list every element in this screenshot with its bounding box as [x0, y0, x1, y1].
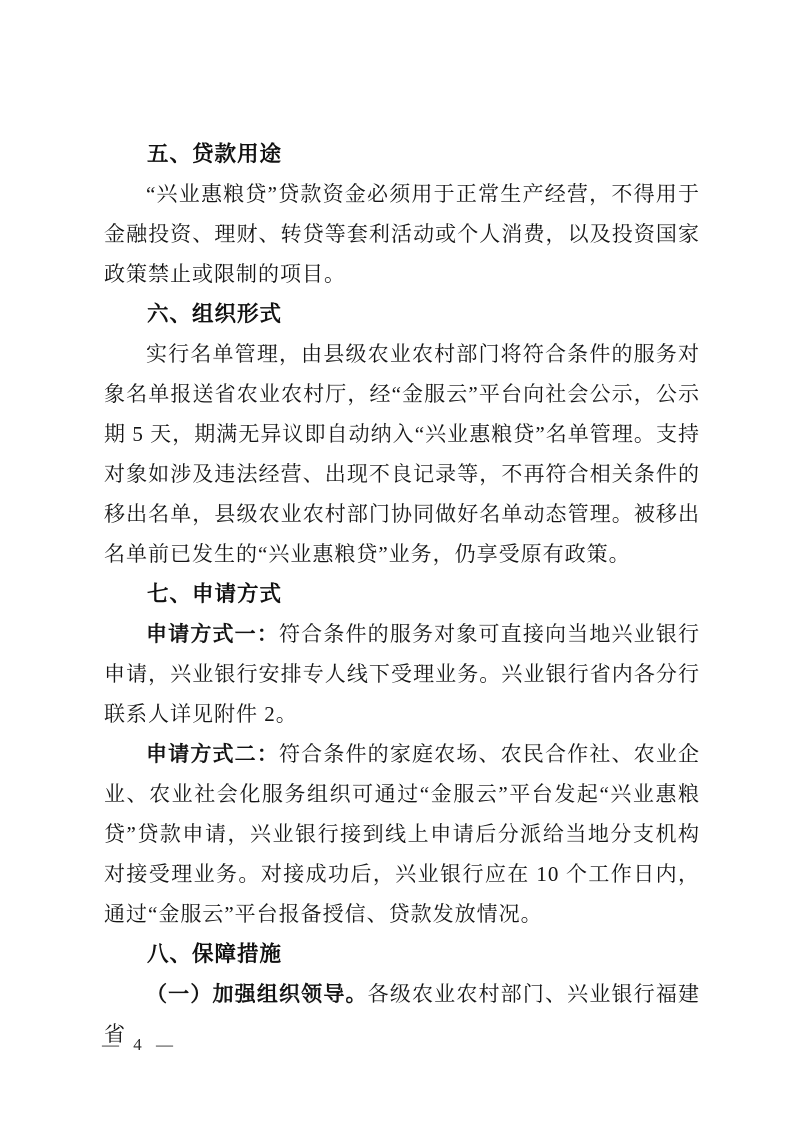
- paragraph: 实行名单管理，由县级农业农村部门将符合条件的服务对象名单报送省农业农村厅，经“金…: [104, 334, 700, 574]
- paragraph-text: 实行名单管理，由县级农业农村部门将符合条件的服务对象名单报送省农业农村厅，经“金…: [104, 342, 700, 566]
- section-heading: 七、申请方式: [104, 574, 700, 614]
- paragraph-lead: 申请方式一：: [146, 622, 279, 646]
- section-loan-purpose: 五、贷款用途 “兴业惠粮贷”贷款资金必须用于正常生产经营，不得用于金融投资、理财…: [104, 134, 700, 294]
- section-heading: 八、保障措施: [104, 934, 700, 974]
- paragraph-text: “兴业惠粮贷”贷款资金必须用于正常生产经营，不得用于金融投资、理财、转贷等套利活…: [104, 182, 700, 286]
- document-page: 五、贷款用途 “兴业惠粮贷”贷款资金必须用于正常生产经营，不得用于金融投资、理财…: [0, 0, 794, 1123]
- paragraph-application-method-2: 申请方式二：符合条件的家庭农场、农民合作社、农业企业、农业社会化服务组织可通过“…: [104, 734, 700, 934]
- paragraph-lead: （一）加强组织领导。: [146, 982, 368, 1006]
- paragraph-text: 符合条件的家庭农场、农民合作社、农业企业、农业社会化服务组织可通过“金服云”平台…: [104, 742, 700, 926]
- paragraph-strengthen-leadership: （一）加强组织领导。各级农业农村部门、兴业银行福建省: [104, 974, 700, 1054]
- page-number: — 4 —: [102, 1034, 176, 1056]
- section-organization-form: 六、组织形式 实行名单管理，由县级农业农村部门将符合条件的服务对象名单报送省农业…: [104, 294, 700, 574]
- paragraph: “兴业惠粮贷”贷款资金必须用于正常生产经营，不得用于金融投资、理财、转贷等套利活…: [104, 174, 700, 294]
- section-application-method: 七、申请方式 申请方式一：符合条件的服务对象可直接向当地兴业银行申请，兴业银行安…: [104, 574, 700, 934]
- document-content: 五、贷款用途 “兴业惠粮贷”贷款资金必须用于正常生产经营，不得用于金融投资、理财…: [104, 134, 700, 1054]
- section-heading: 五、贷款用途: [104, 134, 700, 174]
- section-heading: 六、组织形式: [104, 294, 700, 334]
- section-safeguard-measures: 八、保障措施 （一）加强组织领导。各级农业农村部门、兴业银行福建省: [104, 934, 700, 1054]
- paragraph-application-method-1: 申请方式一：符合条件的服务对象可直接向当地兴业银行申请，兴业银行安排专人线下受理…: [104, 614, 700, 734]
- paragraph-lead: 申请方式二：: [146, 742, 279, 766]
